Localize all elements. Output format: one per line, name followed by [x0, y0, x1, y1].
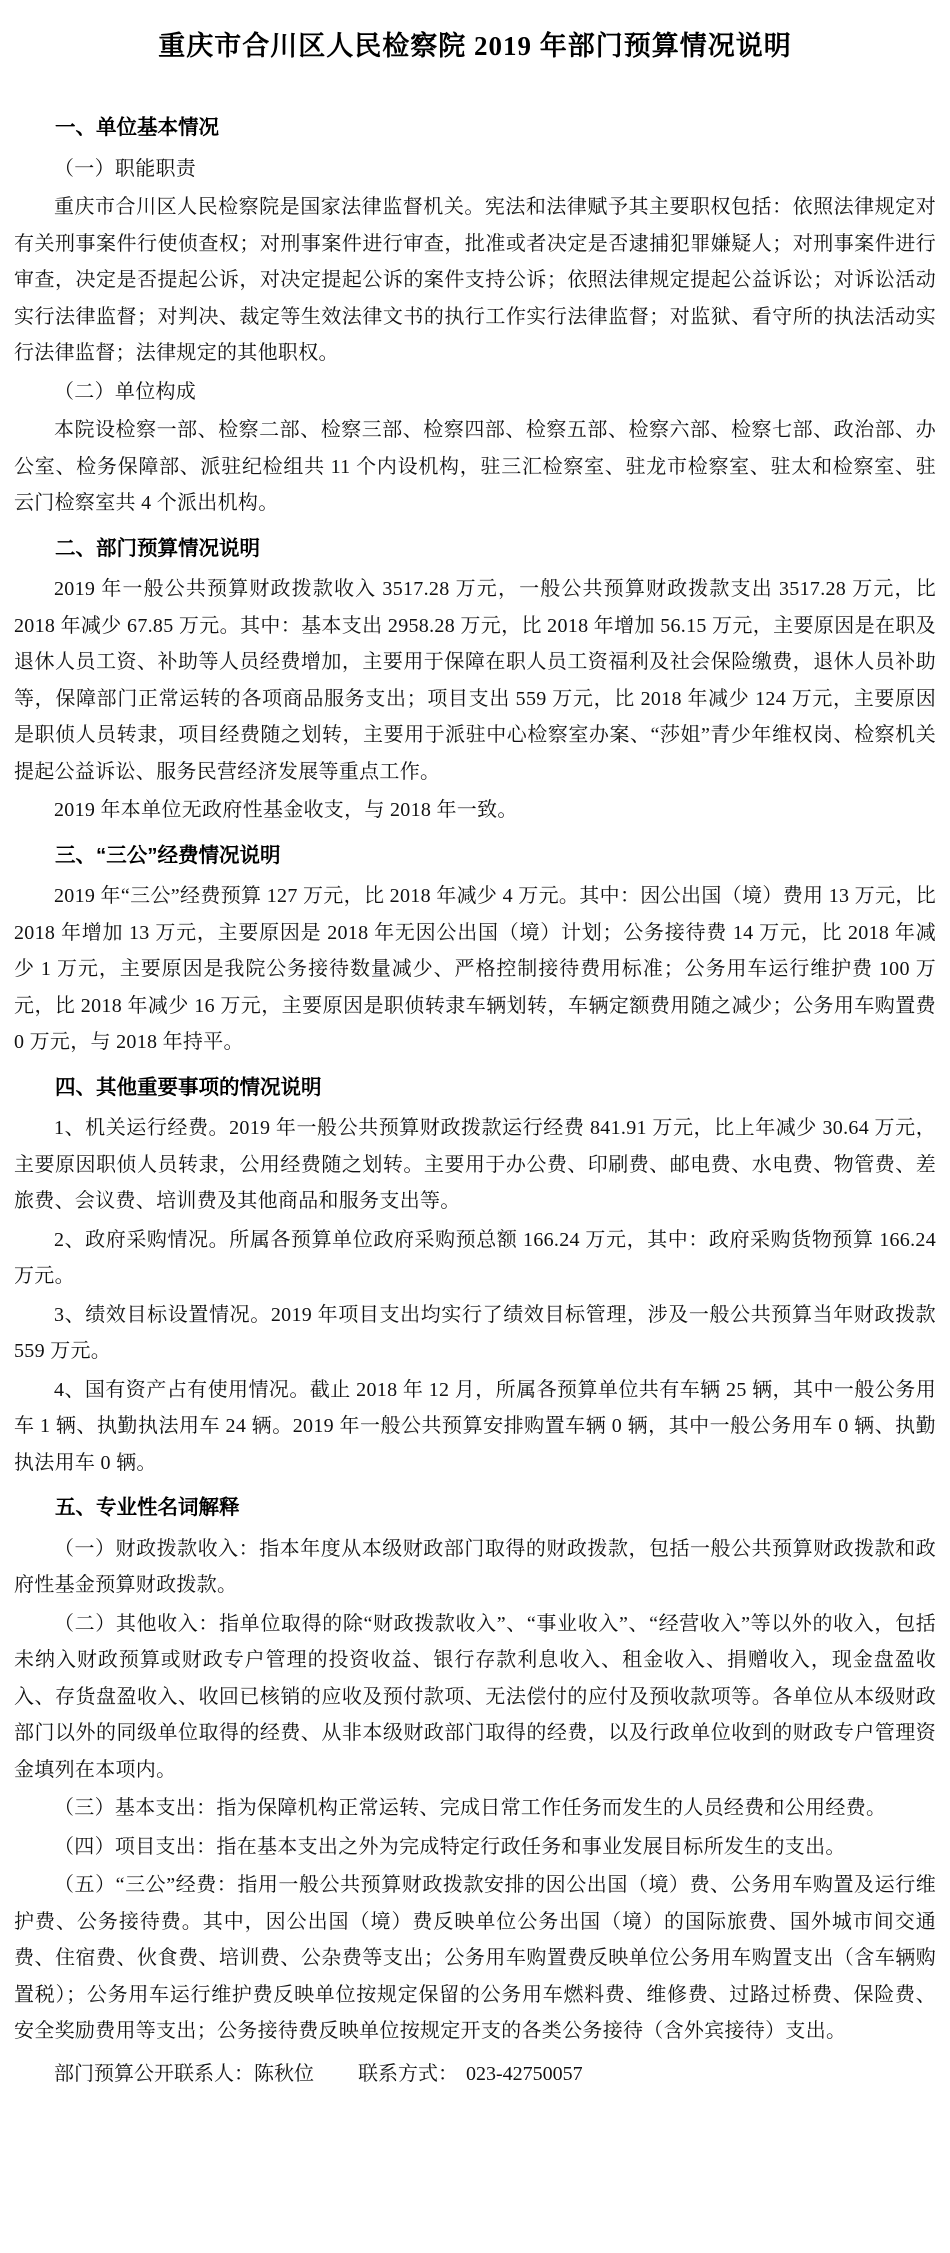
section-terminology: 五、专业性名词解释 （一）财政拨款收入：指本年度从本级财政部门取得的财政拨款，包…: [14, 1490, 936, 2050]
paragraph-term-basic-expenditure: （三）基本支出：指为保障机构正常运转、完成日常工作任务而发生的人员经费和公用经费…: [14, 1790, 936, 1827]
phone-label: 联系方式：: [358, 2063, 458, 2085]
paragraph-budget-figures: 2019 年一般公共预算财政拨款收入 3517.28 万元，一般公共预算财政拨款…: [14, 571, 936, 790]
paragraph-operating-costs: 1、机关运行经费。2019 年一般公共预算财政拨款运行经费 841.91 万元，…: [14, 1110, 936, 1220]
paragraph-duties: 重庆市合川区人民检察院是国家法律监督机关。宪法和法律赋予其主要职权包括：依照法律…: [14, 189, 936, 372]
section-heading: 二、部门预算情况说明: [14, 531, 936, 568]
paragraph-structure: 本院设检察一部、检察二部、检察三部、检察四部、检察五部、检察六部、检察七部、政治…: [14, 412, 936, 522]
section-heading: 四、其他重要事项的情况说明: [14, 1070, 936, 1107]
paragraph-term-fiscal-appropriation: （一）财政拨款收入：指本年度从本级财政部门取得的财政拨款，包括一般公共预算财政拨…: [14, 1531, 936, 1604]
document-title: 重庆市合川区人民检察院 2019 年部门预算情况说明: [14, 28, 936, 64]
paragraph-gov-fund: 2019 年本单位无政府性基金收支，与 2018 年一致。: [14, 792, 936, 829]
paragraph-term-three-public: （五）“三公”经费：指用一般公共预算财政拨款安排的因公出国（境）费、公务用车购置…: [14, 1867, 936, 2050]
paragraph-term-project-expenditure: （四）项目支出：指在基本支出之外为完成特定行政任务和事业发展目标所发生的支出。: [14, 1829, 936, 1866]
paragraph-performance-targets: 3、绩效目标设置情况。2019 年项目支出均实行了绩效目标管理，涉及一般公共预算…: [14, 1297, 936, 1370]
paragraph-state-assets: 4、国有资产占有使用情况。截止 2018 年 12 月，所属各预算单位共有车辆 …: [14, 1372, 936, 1482]
section-other-important-matters: 四、其他重要事项的情况说明 1、机关运行经费。2019 年一般公共预算财政拨款运…: [14, 1070, 936, 1482]
paragraph-term-other-income: （二）其他收入：指单位取得的除“财政拨款收入”、“事业收入”、“经营收入”等以外…: [14, 1606, 936, 1789]
paragraph-subheading-duties: （一）职能职责: [14, 151, 936, 188]
document-page: 重庆市合川区人民检察院 2019 年部门预算情况说明 一、单位基本情况 （一）职…: [0, 0, 950, 2253]
section-three-public-expenses: 三、“三公”经费情况说明 2019 年“三公”经费预算 127 万元，比 201…: [14, 838, 936, 1061]
phone-number: 023-42750057: [466, 2063, 583, 2085]
contact-name: 陈秋位: [254, 2063, 314, 2085]
section-heading: 一、单位基本情况: [14, 110, 936, 147]
paragraph-subheading-structure: （二）单位构成: [14, 374, 936, 411]
paragraph-three-public-details: 2019 年“三公”经费预算 127 万元，比 2018 年减少 4 万元。其中…: [14, 878, 936, 1061]
section-unit-basic-info: 一、单位基本情况 （一）职能职责 重庆市合川区人民检察院是国家法律监督机关。宪法…: [14, 110, 936, 522]
footer-contact-line: 部门预算公开联系人：陈秋位联系方式：023-42750057: [14, 2056, 936, 2093]
paragraph-procurement: 2、政府采购情况。所属各预算单位政府采购预总额 166.24 万元，其中：政府采…: [14, 1222, 936, 1295]
section-heading: 五、专业性名词解释: [14, 1490, 936, 1527]
section-budget-overview: 二、部门预算情况说明 2019 年一般公共预算财政拨款收入 3517.28 万元…: [14, 531, 936, 829]
contact-label: 部门预算公开联系人：: [54, 2063, 254, 2085]
section-heading: 三、“三公”经费情况说明: [14, 838, 936, 875]
